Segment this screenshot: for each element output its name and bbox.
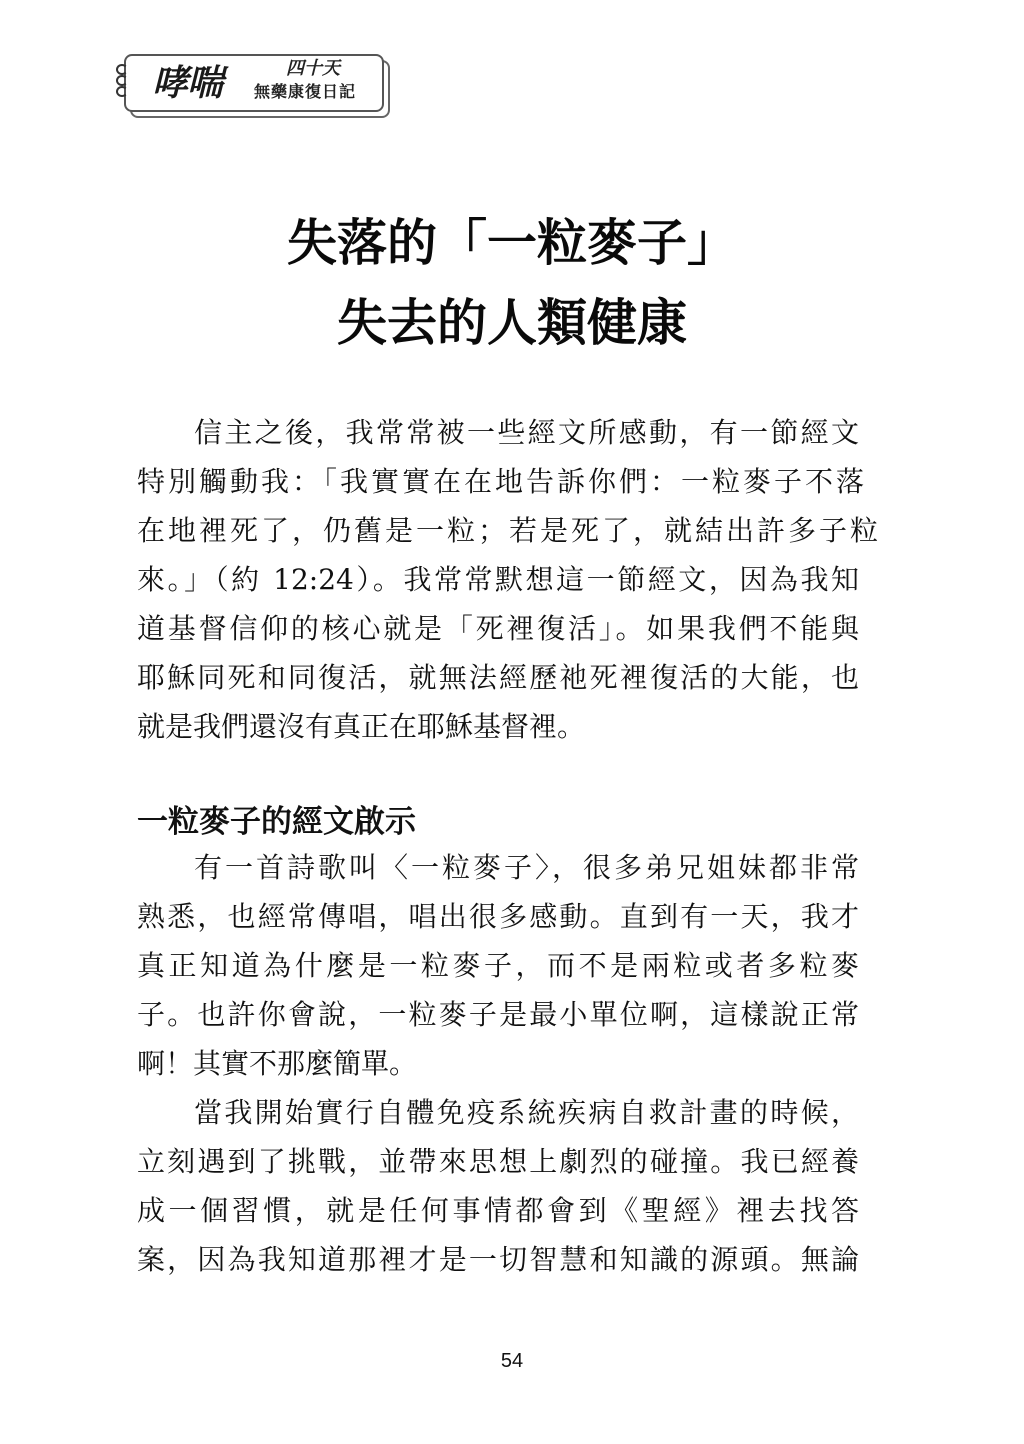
chapter-title-line-1: 失落的「一粒麥子」	[0, 213, 1024, 273]
text-line-scripture: 在地裡死了，仍舊是一粒；若是死了，就結出許多子粒	[137, 506, 859, 555]
text-line: 成一個習慣，就是任何事情都會到《聖經》裡去找答	[137, 1186, 859, 1235]
text-line: 立刻遇到了挑戰，並帶來思想上劇烈的碰撞。我已經養	[137, 1137, 859, 1186]
text-line: 道基督信仰的核心就是「死裡復活」。如果我們不能與	[137, 604, 859, 653]
section-heading: 一粒麥子的經文啟示	[137, 800, 416, 844]
logo-subtitle-days: 四十天	[286, 58, 340, 80]
text-line: 當我開始實行自體免疫系統疾病自救計畫的時候，	[137, 1088, 859, 1137]
paragraph-intro: 信主之後，我常常被一些經文所感動，有一節經文 特別觸動我：「我實實在在地告訴你們…	[137, 408, 859, 751]
text-line: 啊！其實不那麼簡單。	[137, 1039, 859, 1088]
text-line: 子。也許你會說，一粒麥子是最小單位啊，這樣說正常	[137, 990, 859, 1039]
text-line: 信主之後，我常常被一些經文所感動，有一節經文	[137, 408, 859, 457]
notebook-rings-icon	[116, 64, 132, 104]
ring-icon	[116, 86, 128, 97]
text-line: 真正知道為什麼是一粒麥子，而不是兩粒或者多粒麥	[137, 941, 859, 990]
text-line: 耶穌同死和同復活，就無法經歷祂死裡復活的大能，也	[137, 653, 859, 702]
chapter-title-line-2: 失去的人類健康	[0, 293, 1024, 353]
text-line: 有一首詩歌叫〈一粒麥子〉，很多弟兄姐妹都非常	[137, 843, 859, 892]
logo-frame: 哮喘 四十天 無藥康復日記	[124, 54, 384, 112]
page-number: 54	[0, 1350, 1024, 1373]
paragraph-plan: 當我開始實行自體免疫系統疾病自救計畫的時候， 立刻遇到了挑戰，並帶來思想上劇烈的…	[137, 1088, 859, 1284]
text-line: 來。」（約 12:24）。我常常默想這一節經文，因為我知	[137, 555, 859, 604]
text-line: 就是我們還沒有真正在耶穌基督裡。	[137, 702, 859, 751]
paragraph-poem: 有一首詩歌叫〈一粒麥子〉，很多弟兄姐妹都非常 熟悉，也經常傳唱，唱出很多感動。直…	[137, 843, 859, 1088]
ring-icon	[116, 75, 128, 86]
ring-icon	[116, 64, 128, 75]
book-series-logo: 哮喘 四十天 無藥康復日記	[118, 54, 390, 116]
logo-main-text: 哮喘	[152, 62, 222, 106]
logo-subtitle-diary: 無藥康復日記	[254, 82, 356, 102]
text-line: 熟悉，也經常傳唱，唱出很多感動。直到有一天，我才	[137, 892, 859, 941]
text-line: 案，因為我知道那裡才是一切智慧和知識的源頭。無論	[137, 1235, 859, 1284]
text-line-scripture: 特別觸動我：「我實實在在地告訴你們：一粒麥子不落	[137, 457, 859, 506]
